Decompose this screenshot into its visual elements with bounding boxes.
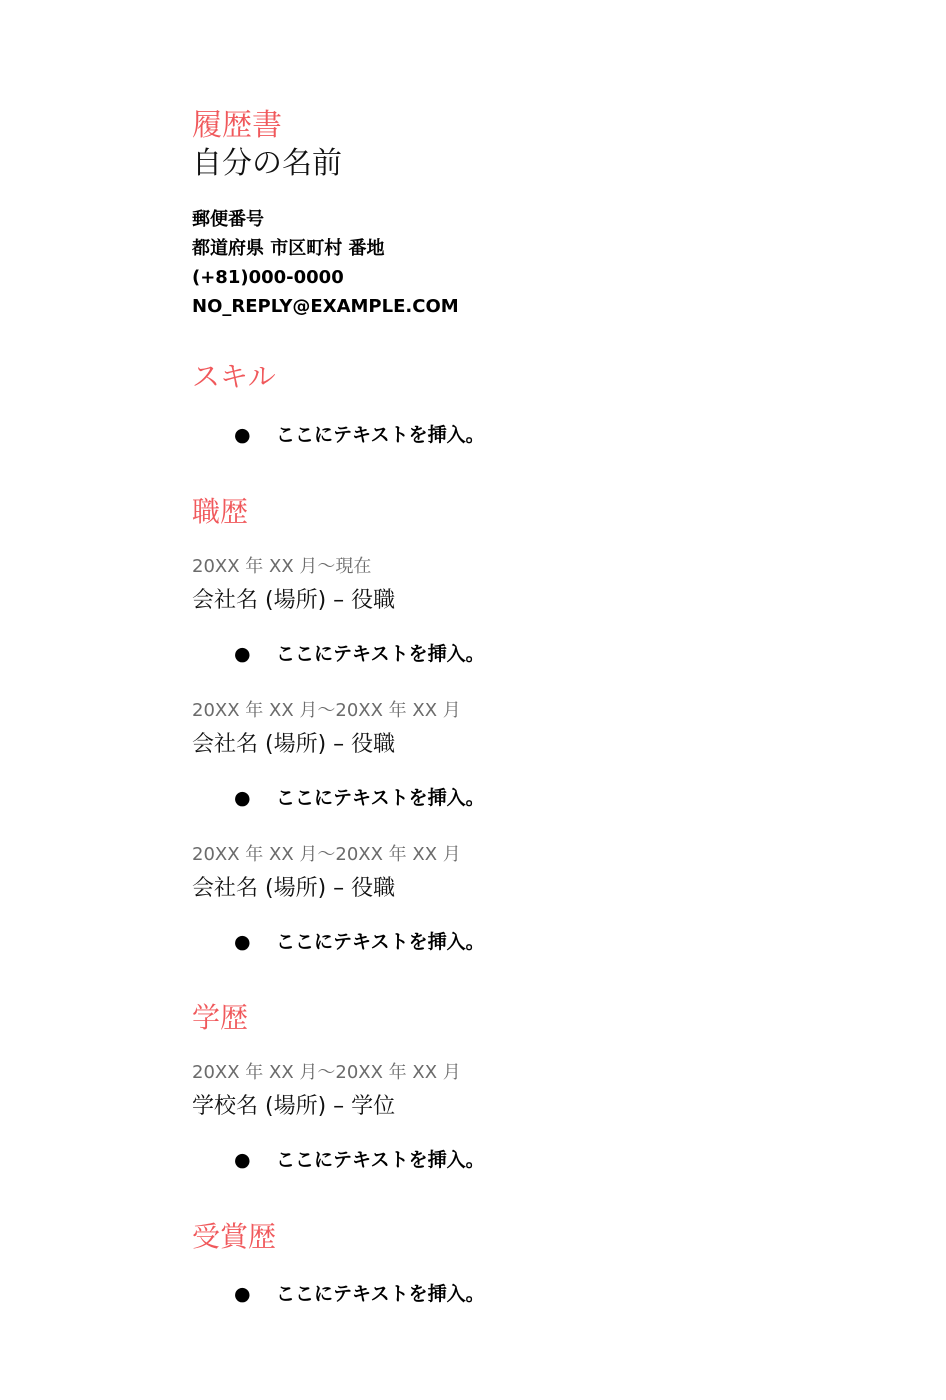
phone: (+81)000-0000 <box>192 263 344 292</box>
bullet-text: ここにテキストを挿入。 <box>276 643 485 665</box>
education-list-item: ●ここにテキストを挿入。 <box>234 1147 485 1173</box>
bullet-icon: ● <box>234 1147 276 1173</box>
bullet-text: ここにテキストを挿入。 <box>276 424 485 446</box>
bullet-icon: ● <box>234 929 276 955</box>
bullet-text: ここにテキストを挿入。 <box>276 1149 485 1171</box>
experience-dates: 20XX 年 XX 月～20XX 年 XX 月 <box>192 843 461 867</box>
experience-dates: 20XX 年 XX 月～現在 <box>192 555 371 579</box>
bullet-icon: ● <box>234 1281 276 1307</box>
bullet-icon: ● <box>234 641 276 667</box>
bullet-text: ここにテキストを挿入。 <box>276 931 485 953</box>
experience-org: 会社名 (場所) – 役職 <box>192 587 395 615</box>
section-heading-awards: 受賞歴 <box>192 1220 276 1254</box>
email: NO_REPLY@EXAMPLE.COM <box>192 292 459 321</box>
bullet-icon: ● <box>234 785 276 811</box>
experience-org: 会社名 (場所) – 役職 <box>192 875 395 903</box>
section-heading-experience: 職歴 <box>192 495 248 529</box>
bullet-text: ここにテキストを挿入。 <box>276 1283 485 1305</box>
experience-dates: 20XX 年 XX 月～20XX 年 XX 月 <box>192 699 461 723</box>
experience-list-item: ●ここにテキストを挿入。 <box>234 785 485 811</box>
resume-page: 履歴書 自分の名前 郵便番号 都道府県 市区町村 番地 (+81)000-000… <box>0 0 946 1400</box>
section-heading-skills: スキル <box>192 360 276 394</box>
address: 都道府県 市区町村 番地 <box>192 234 385 263</box>
education-org: 学校名 (場所) – 学位 <box>192 1093 395 1121</box>
postal-code: 郵便番号 <box>192 205 264 234</box>
awards-list-item: ●ここにテキストを挿入。 <box>234 1281 485 1307</box>
skills-list-item: ●ここにテキストを挿入。 <box>234 422 485 448</box>
experience-list-item: ●ここにテキストを挿入。 <box>234 929 485 955</box>
section-heading-education: 学歴 <box>192 1001 248 1035</box>
education-dates: 20XX 年 XX 月～20XX 年 XX 月 <box>192 1061 461 1085</box>
document-type-title: 履歴書 <box>192 108 282 144</box>
applicant-name: 自分の名前 <box>192 146 342 182</box>
experience-org: 会社名 (場所) – 役職 <box>192 731 395 759</box>
bullet-text: ここにテキストを挿入。 <box>276 787 485 809</box>
bullet-icon: ● <box>234 422 276 448</box>
experience-list-item: ●ここにテキストを挿入。 <box>234 641 485 667</box>
